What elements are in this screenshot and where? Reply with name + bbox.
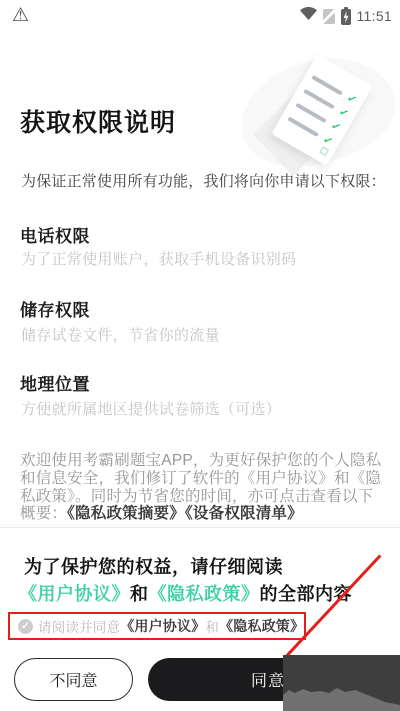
page-title: 获取权限说明 — [20, 103, 176, 139]
privacy-summary-link[interactable]: 《隐私政策摘要》 — [67, 505, 185, 522]
corner-overlay — [283, 655, 400, 711]
status-bar-right: 11:51 — [300, 0, 393, 32]
permission-title-phone: 电话权限 — [20, 222, 90, 247]
green-check-icon: ✓ — [345, 93, 358, 106]
consent-notice-line1: 为了保护您的权益，请仔细阅读 — [24, 553, 283, 579]
green-check-icon: ✓ — [337, 107, 350, 120]
battery-charging-icon — [341, 9, 351, 25]
permission-desc-location: 方便就所属地区提供试卷筛选（可选） — [21, 398, 281, 419]
user-agreement-link[interactable]: 《用户协议》 — [19, 584, 130, 604]
welcome-paragraph: 欢迎使用考霸刷题宝APP，为更好保护您的个人隐私和信息安全，我们修订了软件的《用… — [20, 452, 386, 523]
overlay-ridge-shape — [283, 655, 400, 711]
privacy-policy-link[interactable]: 《隐私政策》 — [149, 584, 260, 604]
and-text: 和 — [130, 584, 149, 604]
agree-checkbox-icon[interactable]: ✓ — [18, 619, 33, 634]
wifi-icon — [300, 7, 317, 25]
permission-title-location: 地理位置 — [20, 370, 90, 395]
agree-checkbox-row[interactable]: ✓ 请阅读并同意 《用户协议》 和 《隐私政策》 — [8, 612, 306, 640]
agree-label-prefix: 请阅读并同意 — [38, 616, 120, 636]
device-permission-list-link[interactable]: 《设备权限清单》 — [185, 505, 303, 522]
consent-notice-line2: 《用户协议》和《隐私政策》的全部内容 — [19, 580, 352, 606]
and-text-small: 和 — [205, 616, 219, 636]
checklist-illustration: ✓ ✓ ✓ ✓ — [238, 50, 400, 182]
privacy-policy-link-small[interactable]: 《隐私政策》 — [219, 616, 304, 636]
permission-desc-storage: 储存试卷文件，节省你的流量 — [21, 324, 220, 345]
intro-text: 为保证正常使用所有功能，我们将向你申请以下权限： — [21, 170, 386, 191]
permission-title-storage: 储存权限 — [20, 296, 90, 321]
permission-desc-phone: 为了正常使用账户，获取手机设备识别码 — [21, 248, 296, 269]
disagree-button[interactable]: 不同意 — [14, 658, 133, 701]
status-time: 11:51 — [357, 8, 393, 24]
no-sim-icon — [323, 9, 335, 24]
permission-explanation-screen: ⚠ 11:51 获取权限说明 ✓ — [0, 0, 400, 711]
status-bar: ⚠ 11:51 — [0, 0, 400, 32]
user-agreement-link-small[interactable]: 《用户协议》 — [120, 616, 205, 636]
warning-icon: ⚠ — [12, 4, 29, 28]
green-check-icon: ✓ — [329, 120, 342, 133]
